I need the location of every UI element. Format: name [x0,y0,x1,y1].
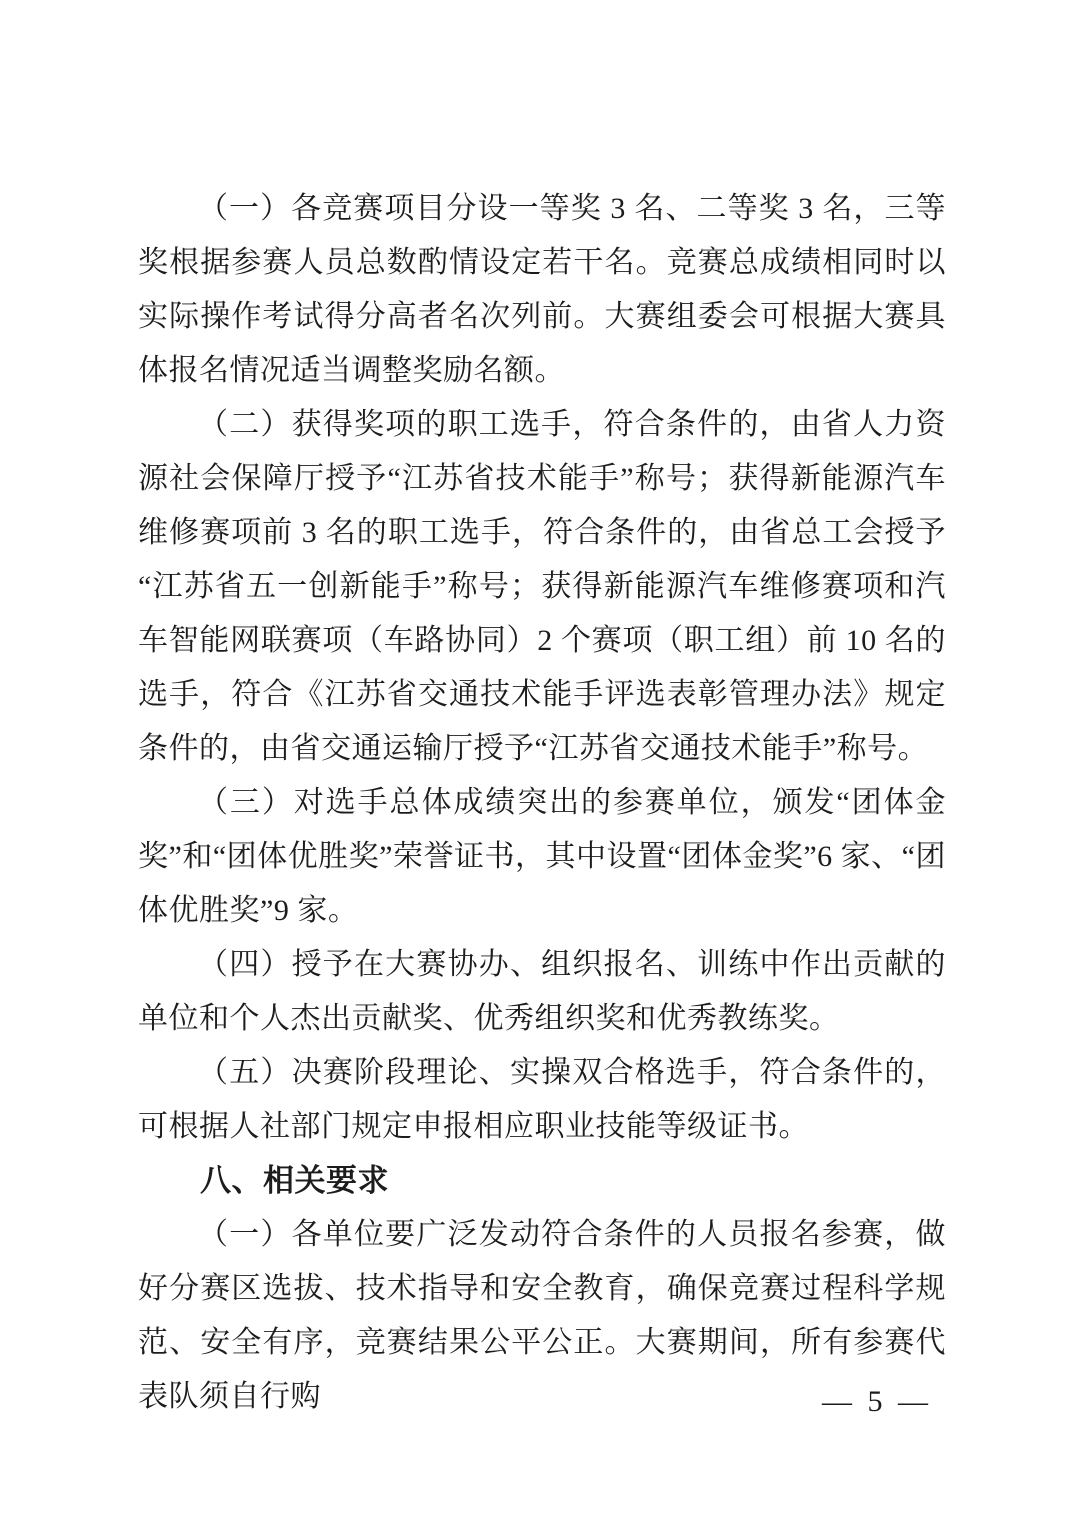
document-page: （一）各竞赛项目分设一等奖 3 名、二等奖 3 名，三等奖根据参赛人员总数酌情设… [0,0,1080,1527]
section-heading: 八、相关要求 [138,1154,946,1208]
document-body: （一）各竞赛项目分设一等奖 3 名、二等奖 3 名，三等奖根据参赛人员总数酌情设… [138,182,946,1424]
paragraph: （二）获得奖项的职工选手，符合条件的，由省人力资源社会保障厅授予“江苏省技术能手… [138,398,946,776]
paragraph: （三）对选手总体成绩突出的参赛单位，颁发“团体金奖”和“团体优胜奖”荣誉证书，其… [138,776,946,938]
paragraph: （五）决赛阶段理论、实操双合格选手，符合条件的，可根据人社部门规定申报相应职业技… [138,1046,946,1154]
paragraph: （一）各竞赛项目分设一等奖 3 名、二等奖 3 名，三等奖根据参赛人员总数酌情设… [138,182,946,398]
page-number: — 5 — [822,1382,932,1422]
paragraph: （四）授予在大赛协办、组织报名、训练中作出贡献的单位和个人杰出贡献奖、优秀组织奖… [138,938,946,1046]
